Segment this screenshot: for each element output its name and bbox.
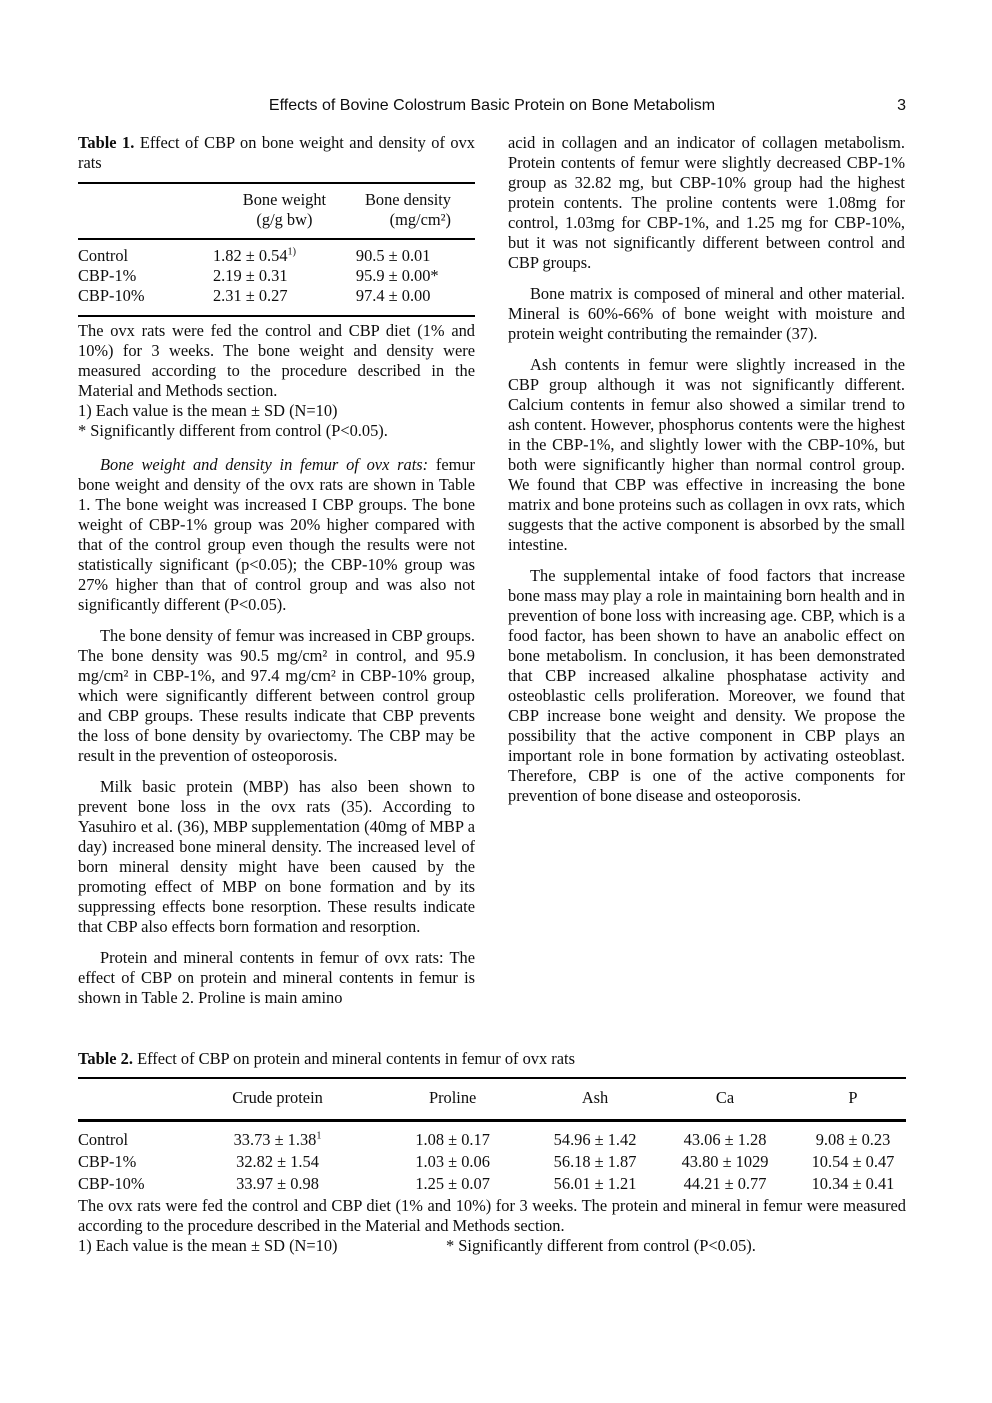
table2-cell-ash: 56.18 ± 1.87 bbox=[540, 1151, 650, 1173]
table2-footnote-line: 1) Each value is the mean ± SD (N=10)* S… bbox=[78, 1236, 906, 1256]
table1-header-empty bbox=[78, 183, 213, 239]
table2-cell-proline: 1.03 ± 0.06 bbox=[365, 1151, 540, 1173]
table2-footnote-body: The ovx rats were fed the control and CB… bbox=[78, 1196, 906, 1236]
table1-cell-bone-density: 90.5 ± 0.01 bbox=[356, 239, 475, 266]
table2-cell-crude-protein: 33.97 ± 0.98 bbox=[190, 1173, 366, 1196]
table1-cell-label: CBP-1% bbox=[78, 266, 213, 286]
footnote-marker: 1) bbox=[288, 247, 296, 258]
table2: Crude protein Proline Ash Ca P Control 3… bbox=[78, 1077, 906, 1196]
right-column: acid in collagen and an indicator of col… bbox=[508, 133, 905, 817]
table2-footnote-significance: * Significantly different from control (… bbox=[446, 1236, 756, 1255]
table1-header-bone-density-line1: Bone density bbox=[356, 190, 451, 210]
table2-section: Table 2. Effect of CBP on protein and mi… bbox=[78, 1049, 906, 1256]
table2-row-cbp10: CBP-10% 33.97 ± 0.98 1.25 ± 0.07 56.01 ±… bbox=[78, 1173, 906, 1196]
table2-header-crude-protein: Crude protein bbox=[190, 1078, 366, 1121]
table2-cell-p: 10.34 ± 0.41 bbox=[800, 1173, 906, 1196]
table2-cell-ash: 56.01 ± 1.21 bbox=[540, 1173, 650, 1196]
table2-cell-ca: 44.21 ± 0.77 bbox=[650, 1173, 800, 1196]
paragraph-lead-italic: Bone weight and density in femur of ovx … bbox=[100, 455, 428, 474]
page-number: 3 bbox=[897, 96, 906, 116]
table2-header-ash: Ash bbox=[540, 1078, 650, 1121]
paragraph-ash-contents: Ash contents in femur were slightly incr… bbox=[508, 355, 905, 555]
table1-header-bone-density: Bone density (mg/cm²) bbox=[356, 183, 475, 239]
table1-cell-bone-weight: 1.82 ± 0.541) bbox=[213, 239, 356, 266]
table2-cell-p: 9.08 ± 0.23 bbox=[800, 1121, 906, 1152]
running-head: Effects of Bovine Colostrum Basic Protei… bbox=[78, 96, 906, 116]
table1-footnote-significance: * Significantly different from control (… bbox=[78, 421, 475, 441]
table2-cell-crude-protein: 32.82 ± 1.54 bbox=[190, 1151, 366, 1173]
table2-header-proline: Proline bbox=[365, 1078, 540, 1121]
table2-cell-proline: 1.25 ± 0.07 bbox=[365, 1173, 540, 1196]
table2-row-cbp1: CBP-1% 32.82 ± 1.54 1.03 ± 0.06 56.18 ± … bbox=[78, 1151, 906, 1173]
table2-header-ca: Ca bbox=[650, 1078, 800, 1121]
two-column-body: Table 1. Effect of CBP on bone weight an… bbox=[78, 133, 906, 1019]
table1-header-bone-density-line2: (mg/cm²) bbox=[356, 210, 451, 230]
table1-caption-text: Effect of CBP on bone weight and density… bbox=[78, 133, 475, 172]
table2-header-row: Crude protein Proline Ash Ca P bbox=[78, 1078, 906, 1121]
table1-caption: Table 1. Effect of CBP on bone weight an… bbox=[78, 133, 475, 173]
left-column: Table 1. Effect of CBP on bone weight an… bbox=[78, 133, 475, 1019]
table2-cell-proline: 1.08 ± 0.17 bbox=[365, 1121, 540, 1152]
table1-header-bone-weight: Bone weight (g/g bw) bbox=[213, 183, 356, 239]
table2-footnote-mean: 1) Each value is the mean ± SD (N=10) bbox=[78, 1236, 446, 1256]
table2-cell-ca: 43.06 ± 1.28 bbox=[650, 1121, 800, 1152]
table1-header-bone-weight-line1: Bone weight bbox=[213, 190, 356, 210]
table2-caption-label: Table 2. bbox=[78, 1049, 133, 1068]
table1-row-cbp1: CBP-1% 2.19 ± 0.31 95.9 ± 0.00* bbox=[78, 266, 475, 286]
table2-caption: Table 2. Effect of CBP on protein and mi… bbox=[78, 1049, 906, 1069]
table1-cell-label: Control bbox=[78, 239, 213, 266]
table2-caption-text: Effect of CBP on protein and mineral con… bbox=[133, 1049, 575, 1068]
paper-title: Effects of Bovine Colostrum Basic Protei… bbox=[78, 96, 906, 116]
table1-header-bone-weight-line2: (g/g bw) bbox=[213, 210, 356, 230]
paper-page: Effects of Bovine Colostrum Basic Protei… bbox=[0, 0, 992, 1403]
paragraph-supplemental-intake: The supplemental intake of food factors … bbox=[508, 566, 905, 806]
table1-caption-label: Table 1. bbox=[78, 133, 134, 152]
value-text: 1.82 ± 0.54 bbox=[213, 246, 288, 265]
table1: Bone weight (g/g bw) Bone density (mg/cm… bbox=[78, 182, 475, 317]
table2-cell-ash: 54.96 ± 1.42 bbox=[540, 1121, 650, 1152]
table2-header-p: P bbox=[800, 1078, 906, 1121]
table1-row-cbp10: CBP-10% 2.31 ± 0.27 97.4 ± 0.00 bbox=[78, 286, 475, 316]
paragraph-bone-density: The bone density of femur was increased … bbox=[78, 626, 475, 766]
paragraph-bone-matrix: Bone matrix is composed of mineral and o… bbox=[508, 284, 905, 344]
table1-row-control: Control 1.82 ± 0.541) 90.5 ± 0.01 bbox=[78, 239, 475, 266]
table1-header-row: Bone weight (g/g bw) Bone density (mg/cm… bbox=[78, 183, 475, 239]
table1-cell-bone-weight: 2.31 ± 0.27 bbox=[213, 286, 356, 316]
table1-cell-bone-weight: 2.19 ± 0.31 bbox=[213, 266, 356, 286]
value-text: 33.73 ± 1.38 bbox=[234, 1130, 317, 1149]
table2-cell-p: 10.54 ± 0.47 bbox=[800, 1151, 906, 1173]
table2-cell-label: CBP-10% bbox=[78, 1173, 190, 1196]
table2-cell-label: CBP-1% bbox=[78, 1151, 190, 1173]
paragraph-milk-basic-protein: Milk basic protein (MBP) has also been s… bbox=[78, 777, 475, 937]
table2-row-control: Control 33.73 ± 1.381 1.08 ± 0.17 54.96 … bbox=[78, 1121, 906, 1152]
table2-cell-ca: 43.80 ± 1029 bbox=[650, 1151, 800, 1173]
table2-cell-label: Control bbox=[78, 1121, 190, 1152]
paragraph-bone-weight-density: Bone weight and density in femur of ovx … bbox=[78, 455, 475, 615]
paragraph-text: femur bone weight and density of the ovx… bbox=[78, 455, 475, 614]
paragraph-collagen-continuation: acid in collagen and an indicator of col… bbox=[508, 133, 905, 273]
table1-cell-bone-density: 97.4 ± 0.00 bbox=[356, 286, 475, 316]
table1-cell-bone-density: 95.9 ± 0.00* bbox=[356, 266, 475, 286]
paragraph-protein-mineral-contents: Protein and mineral contents in femur of… bbox=[78, 948, 475, 1008]
footnote-marker: 1 bbox=[316, 1131, 321, 1142]
table1-cell-label: CBP-10% bbox=[78, 286, 213, 316]
table1-footnote-body: The ovx rats were fed the control and CB… bbox=[78, 321, 475, 401]
table1-footnote-mean: 1) Each value is the mean ± SD (N=10) bbox=[78, 401, 475, 421]
table2-header-empty bbox=[78, 1078, 190, 1121]
table2-cell-crude-protein: 33.73 ± 1.381 bbox=[190, 1121, 366, 1152]
